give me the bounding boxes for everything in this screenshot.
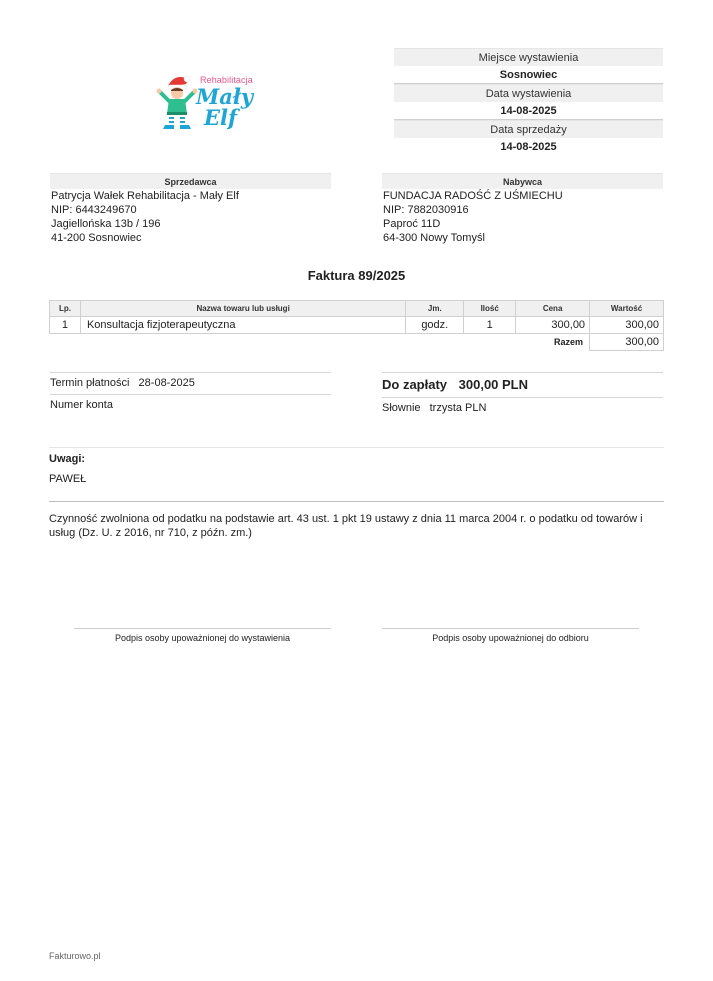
payment-terms: Termin płatności 28-08-2025 Numer konta [50, 372, 331, 416]
seller-heading: Sprzedawca [50, 173, 331, 189]
buyer-street: Paproć 11D [382, 217, 663, 231]
invoice-title: Faktura 89/2025 [0, 268, 713, 283]
col-price: Cena [516, 301, 590, 317]
due-date-row: Termin płatności 28-08-2025 [50, 373, 331, 394]
seller-street: Jagiellońska 13b / 196 [50, 217, 331, 231]
row-lp: 1 [50, 317, 81, 334]
words-row: Słownie trzysta PLN [382, 398, 663, 419]
signature-line [74, 628, 331, 629]
legal-section: Czynność zwolniona od podatku na podstaw… [49, 501, 664, 540]
account-label: Numer konta [50, 399, 113, 411]
sale-date-label: Data sprzedaży [394, 120, 663, 138]
row-value: 300,00 [590, 317, 664, 334]
issuer-signature: Podpis osoby upoważnionej do wystawienia [74, 628, 331, 643]
sum-label: Razem [50, 334, 590, 351]
invoice-meta: Miejsce wystawienia Sosnowiec Data wysta… [394, 48, 663, 156]
place-value: Sosnowiec [394, 66, 663, 84]
notes-value: PAWEŁ [49, 472, 664, 486]
issue-date-label: Data wystawienia [394, 84, 663, 102]
tax-exemption-note: Czynność zwolniona od podatku na podstaw… [49, 512, 664, 540]
items-table: Lp. Nazwa towaru lub usługi Jm. Ilość Ce… [49, 300, 664, 351]
footer-brand: Fakturowo.pl [49, 951, 101, 961]
buyer-block: Nabywca FUNDACJA RADOŚĆ Z UŚMIECHU NIP: … [382, 173, 663, 245]
col-qty: Ilość [464, 301, 516, 317]
col-lp: Lp. [50, 301, 81, 317]
seller-block: Sprzedawca Patrycja Wałek Rehabilitacja … [50, 173, 331, 245]
col-name: Nazwa towaru lub usługi [80, 301, 405, 317]
elf-icon [156, 72, 200, 132]
due-date-label: Termin płatności [50, 377, 129, 389]
notes-section: Uwagi: PAWEŁ [49, 447, 664, 486]
row-name: Konsultacja fizjoterapeutyczna [80, 317, 405, 334]
buyer-city: 64-300 Nowy Tomyśl [382, 231, 663, 245]
col-value: Wartość [590, 301, 664, 317]
sum-value: 300,00 [590, 334, 664, 351]
due-date-value: 28-08-2025 [139, 377, 195, 389]
place-label: Miejsce wystawienia [394, 48, 663, 66]
sale-date-value: 14-08-2025 [394, 138, 663, 156]
receiver-signature: Podpis osoby upoważnionej do odbioru [382, 628, 639, 643]
row-unit: godz. [406, 317, 464, 334]
divider [49, 501, 664, 502]
row-price: 300,00 [516, 317, 590, 334]
seller-nip: NIP: 6443249670 [50, 203, 331, 217]
issuer-signature-label: Podpis osoby upoważnionej do wystawienia [74, 633, 331, 643]
receiver-signature-label: Podpis osoby upoważnionej do odbioru [382, 633, 639, 643]
seller-name: Patrycja Wałek Rehabilitacja - Mały Elf [50, 189, 331, 203]
col-unit: Jm. [406, 301, 464, 317]
logo-text-elf: Elf [204, 105, 237, 130]
seller-city: 41-200 Sosnowiec [50, 231, 331, 245]
divider [49, 447, 664, 448]
payment-total: Do zapłaty 300,00 PLN Słownie trzysta PL… [382, 372, 663, 419]
signature-line [382, 628, 639, 629]
total-row: Do zapłaty 300,00 PLN [382, 373, 663, 397]
buyer-heading: Nabywca [382, 173, 663, 189]
buyer-nip: NIP: 7882030916 [382, 203, 663, 217]
table-row: 1 Konsultacja fizjoterapeutyczna godz. 1… [50, 317, 664, 334]
total-value: 300,00 PLN [459, 377, 528, 392]
company-logo: Rehabilitacja Mały Elf [156, 72, 256, 134]
words-value: trzysta PLN [430, 402, 487, 414]
account-row: Numer konta [50, 395, 331, 416]
items-header-row: Lp. Nazwa towaru lub usługi Jm. Ilość Ce… [50, 301, 664, 317]
buyer-name: FUNDACJA RADOŚĆ Z UŚMIECHU [382, 189, 663, 203]
issue-date-value: 14-08-2025 [394, 102, 663, 120]
sum-row: Razem 300,00 [50, 334, 664, 351]
notes-label: Uwagi: [49, 452, 664, 466]
total-label: Do zapłaty [382, 377, 447, 392]
words-label: Słownie [382, 402, 421, 414]
row-qty: 1 [464, 317, 516, 334]
